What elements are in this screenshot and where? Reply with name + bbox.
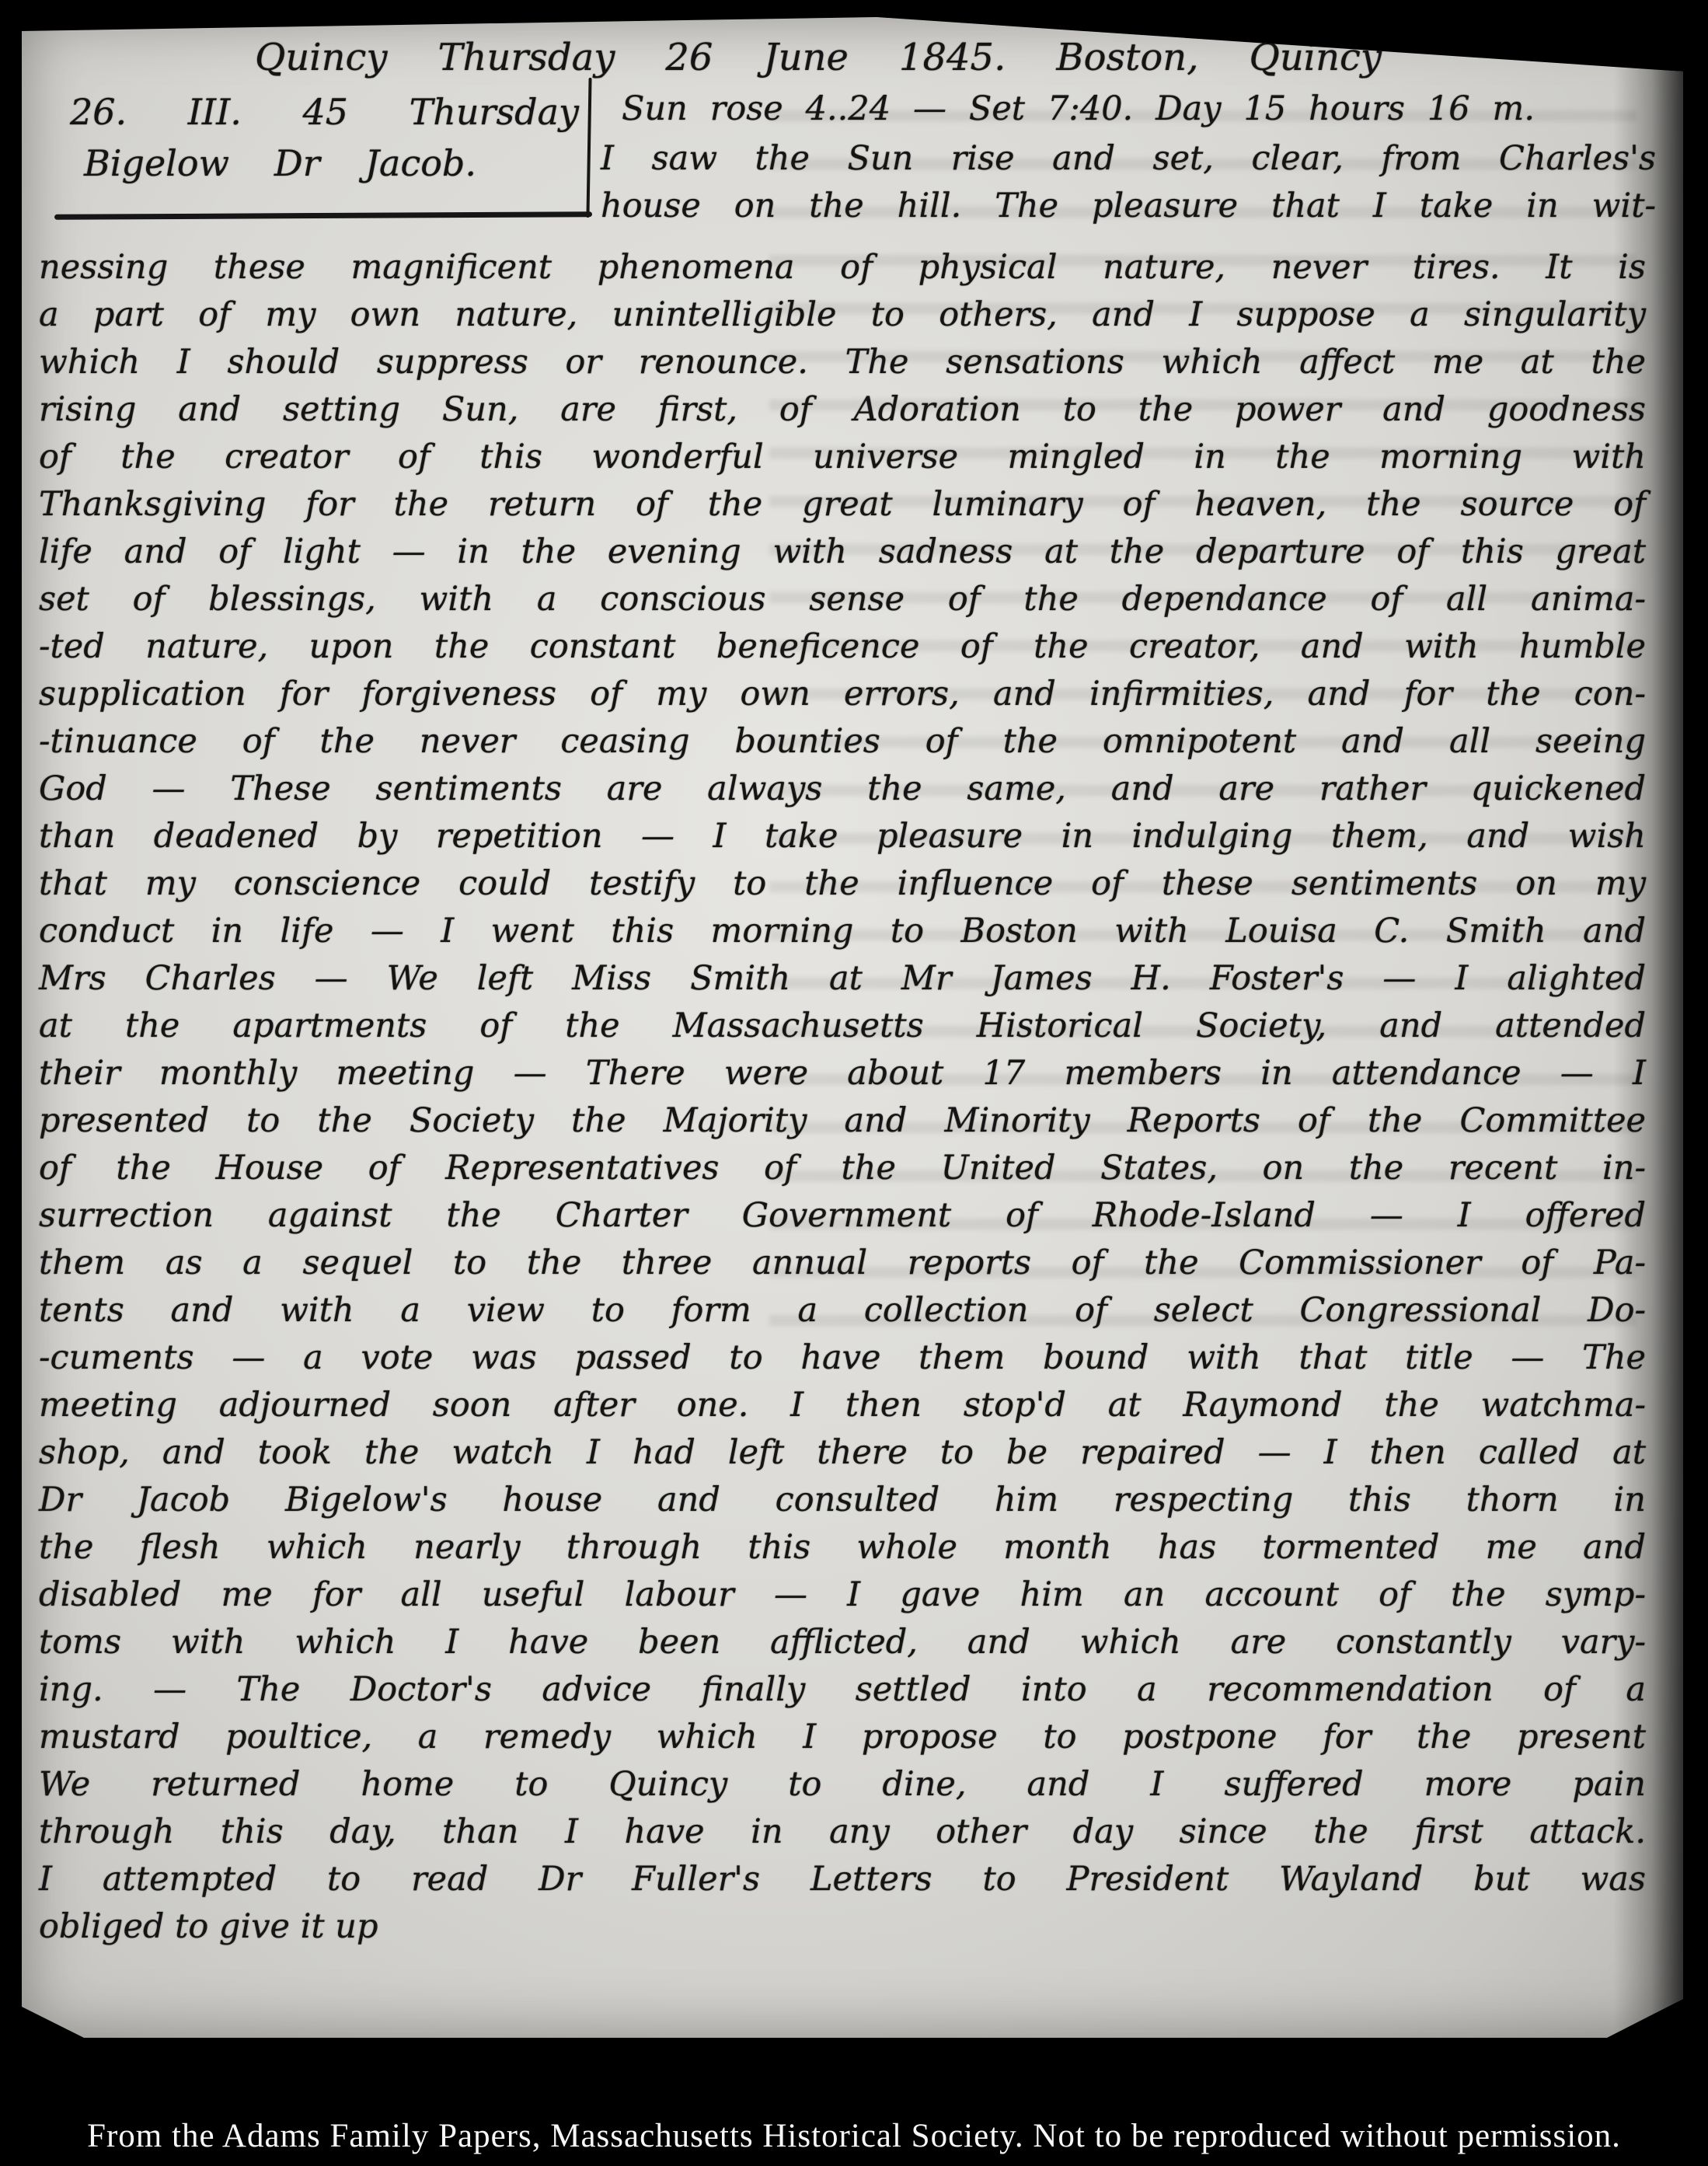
manuscript-line: the flesh which nearly through this whol…	[39, 1524, 1646, 1571]
almanac-line: Sun rose 4..24 — Set 7:40. Day 15 hours …	[622, 85, 1535, 133]
manuscript-line: ing. — The Doctor's advice finally settl…	[39, 1666, 1646, 1714]
manuscript-line: tents and with a view to form a collecti…	[39, 1287, 1646, 1334]
manuscript-line: their monthly meeting — There were about…	[39, 1050, 1646, 1097]
manuscript-line: -tinuance of the never ceasing bounties …	[39, 718, 1646, 766]
entry-heading: Quincy Thursday 26 June 1845. Boston, Qu…	[255, 34, 1382, 82]
manuscript-line: a part of my own nature, unintelligible …	[39, 291, 1646, 339]
manuscript-line: that my conscience could testify to the …	[39, 860, 1646, 908]
manuscript-line: of the creator of this wonderful univers…	[39, 434, 1646, 481]
manuscript-line: Thanksgiving for the return of the great…	[39, 481, 1646, 528]
scan-edge-mark	[0, 843, 12, 867]
margin-rule-vertical	[586, 78, 591, 218]
opening-block: I saw the Sun rise and set, clear, from …	[601, 135, 1656, 230]
manuscript-line: meeting adjourned soon after one. I then…	[39, 1382, 1646, 1429]
manuscript-line: life and of light — in the evening with …	[39, 528, 1646, 576]
manuscript-line: Mrs Charles — We left Miss Smith at Mr J…	[39, 955, 1646, 1003]
manuscript-line: through this day, than I have in any oth…	[39, 1808, 1646, 1856]
manuscript-line: at the apartments of the Massachusetts H…	[39, 1003, 1646, 1050]
scan-background: Quincy Thursday 26 June 1845. Boston, Qu…	[0, 0, 1708, 2166]
manuscript-line: obliged to give it up	[39, 1903, 1646, 1951]
manuscript-line: than deadened by repetition — I take ple…	[39, 813, 1646, 860]
manuscript-line: nessing these magnificent phenomena of p…	[39, 244, 1646, 291]
manuscript-line: surrection against the Charter Governmen…	[39, 1192, 1646, 1240]
manuscript-line: which I should suppress or renounce. The…	[39, 339, 1646, 386]
manuscript-line: Dr Jacob Bigelow's house and consulted h…	[39, 1477, 1646, 1524]
manuscript-line: We returned home to Quincy to dine, and …	[39, 1761, 1646, 1808]
body-text: nessing these magnificent phenomena of p…	[39, 244, 1646, 1951]
manuscript-line: presented to the Society the Majority an…	[39, 1097, 1646, 1145]
manuscript-line: set of blessings, with a conscious sense…	[39, 576, 1646, 623]
credit-line: From the Adams Family Papers, Massachuse…	[0, 2117, 1708, 2155]
manuscript-line: them as a sequel to the three annual rep…	[39, 1240, 1646, 1287]
manuscript-page: Quincy Thursday 26 June 1845. Boston, Qu…	[22, 17, 1683, 2038]
opening-line: house on the hill. The pleasure that I t…	[601, 183, 1656, 230]
manuscript-line: I attempted to read Dr Fuller's Letters …	[39, 1856, 1646, 1903]
opening-line: I saw the Sun rise and set, clear, from …	[601, 135, 1656, 183]
margin-date-code: 26. III. 45 Thursday	[70, 89, 579, 136]
manuscript-line: conduct in life — I went this morning to…	[39, 908, 1646, 955]
manuscript-line: supplication for forgiveness of my own e…	[39, 671, 1646, 718]
manuscript-line: -cuments — a vote was passed to have the…	[39, 1334, 1646, 1382]
manuscript-line: of the House of Representatives of the U…	[39, 1145, 1646, 1192]
manuscript-line: God — These sentiments are always the sa…	[39, 766, 1646, 813]
manuscript-line: -ted nature, upon the constant beneficen…	[39, 623, 1646, 671]
manuscript-line: disabled me for all useful labour — I ga…	[39, 1571, 1646, 1619]
manuscript-line: rising and setting Sun, are first, of Ad…	[39, 386, 1646, 434]
manuscript-line: toms with which I have been afflicted, a…	[39, 1619, 1646, 1666]
margin-rule-horizontal	[54, 211, 592, 220]
manuscript-line: mustard poultice, a remedy which I propo…	[39, 1714, 1646, 1761]
scan-edge-mark	[0, 793, 12, 828]
manuscript-line: shop, and took the watch I had left ther…	[39, 1429, 1646, 1477]
margin-name-note: Bigelow Dr Jacob.	[84, 140, 476, 187]
